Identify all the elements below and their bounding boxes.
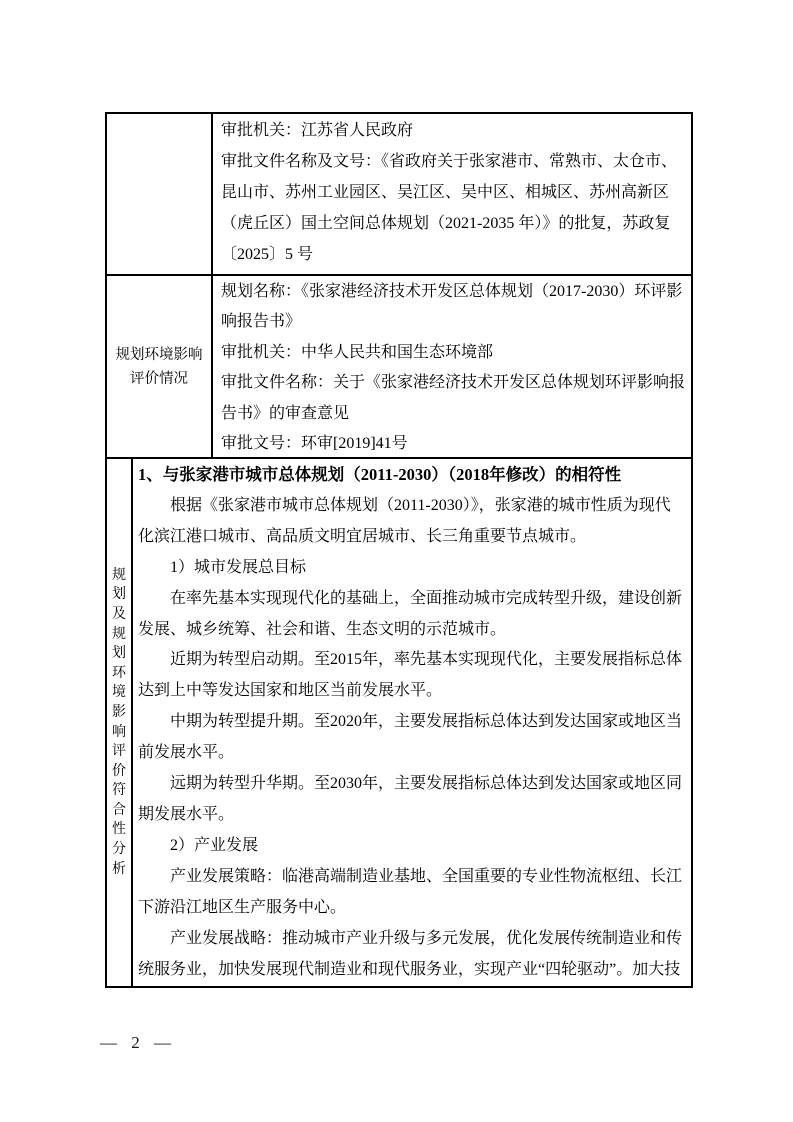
subsection-title-industry: 2）产业发展 (138, 831, 685, 862)
table-row-plan-eia-status: 规划环境影响 评价情况 规划名称：《张家港经济技术开发区总体规划（2017-20… (107, 274, 691, 457)
row1-content-cell: 审批机关：江苏省人民政府 审批文件名称及文号：《省政府关于张家港市、常熟市、太仓… (213, 114, 691, 274)
body-paragraph: 近期为转型启动期。至2015年，率先基本实现现代化，主要发展指标总体达到上中等发… (138, 645, 685, 707)
body-paragraph: 远期为转型升华期。至2030年，主要发展指标总体达到发达国家或地区同期发展水平。 (138, 769, 685, 831)
table-row-approval-info: 审批机关：江苏省人民政府 审批文件名称及文号：《省政府关于张家港市、常熟市、太仓… (107, 114, 691, 274)
row3-vertical-label: 规划及规划环境影响评价符合性分析 (111, 566, 127, 880)
approval-doc-name-line: 审批文件名称：关于《张家港经济技术开发区总体规划环评影响报告书》的审查意见 (221, 368, 691, 429)
section-heading: 1、与张家港市城市总体规划（2011-2030）（2018年修改）的相符性 (138, 460, 685, 491)
table-row-compliance-analysis: 规划及规划环境影响评价符合性分析 1、与张家港市城市总体规划（2011-2030… (107, 457, 691, 986)
body-paragraph: 中期为转型提升期。至2020年，主要发展指标总体达到发达国家或地区当前发展水平。 (138, 707, 685, 769)
body-paragraph: 产业发展战略：推动城市产业升级与多元发展，优化发展传统制造业和传统服务业，加快发… (138, 924, 685, 986)
row1-label-cell-empty (107, 114, 213, 274)
page-number: — 2 — (100, 1033, 171, 1053)
plan-name-line: 规划名称：《张家港经济技术开发区总体规划（2017-2030）环评影响报告书》 (221, 277, 691, 338)
row3-content-cell: 1、与张家港市城市总体规划（2011-2030）（2018年修改）的相符性 根据… (133, 459, 691, 986)
approval-agency-line2: 审批机关：中华人民共和国生态环境部 (221, 338, 691, 368)
row2-label-line1: 规划环境影响 (116, 343, 203, 367)
row2-label-line2: 评价情况 (130, 367, 188, 391)
document-page: { "table": { "row1": { "paragraphs": [ "… (0, 0, 793, 1122)
row2-label-cell: 规划环境影响 评价情况 (107, 276, 213, 457)
approval-document-line: 审批文件名称及文号：《省政府关于张家港市、常熟市、太仓市、昆山市、苏州工业园区、… (221, 146, 691, 270)
approval-agency-line: 审批机关：江苏省人民政府 (221, 115, 691, 146)
approval-doc-number-line: 审批文号：环审[2019]41号 (221, 429, 691, 457)
body-paragraph: 根据《张家港市城市总体规划（2011-2030）》，张家港的城市性质为现代化滨江… (138, 491, 685, 553)
review-table: 审批机关：江苏省人民政府 审批文件名称及文号：《省政府关于张家港市、常熟市、太仓… (105, 112, 693, 988)
body-paragraph: 产业发展策略：临港高端制造业基地、全国重要的专业性物流枢纽、长江下游沿江地区生产… (138, 862, 685, 924)
row2-content-cell: 规划名称：《张家港经济技术开发区总体规划（2017-2030）环评影响报告书》 … (213, 276, 691, 457)
body-paragraph: 在率先基本实现现代化的基础上，全面推动城市完成转型升级，建设创新发展、城乡统筹、… (138, 584, 685, 646)
row3-label-cell: 规划及规划环境影响评价符合性分析 (107, 459, 133, 986)
subsection-title-city-goal: 1）城市发展总目标 (138, 553, 685, 584)
